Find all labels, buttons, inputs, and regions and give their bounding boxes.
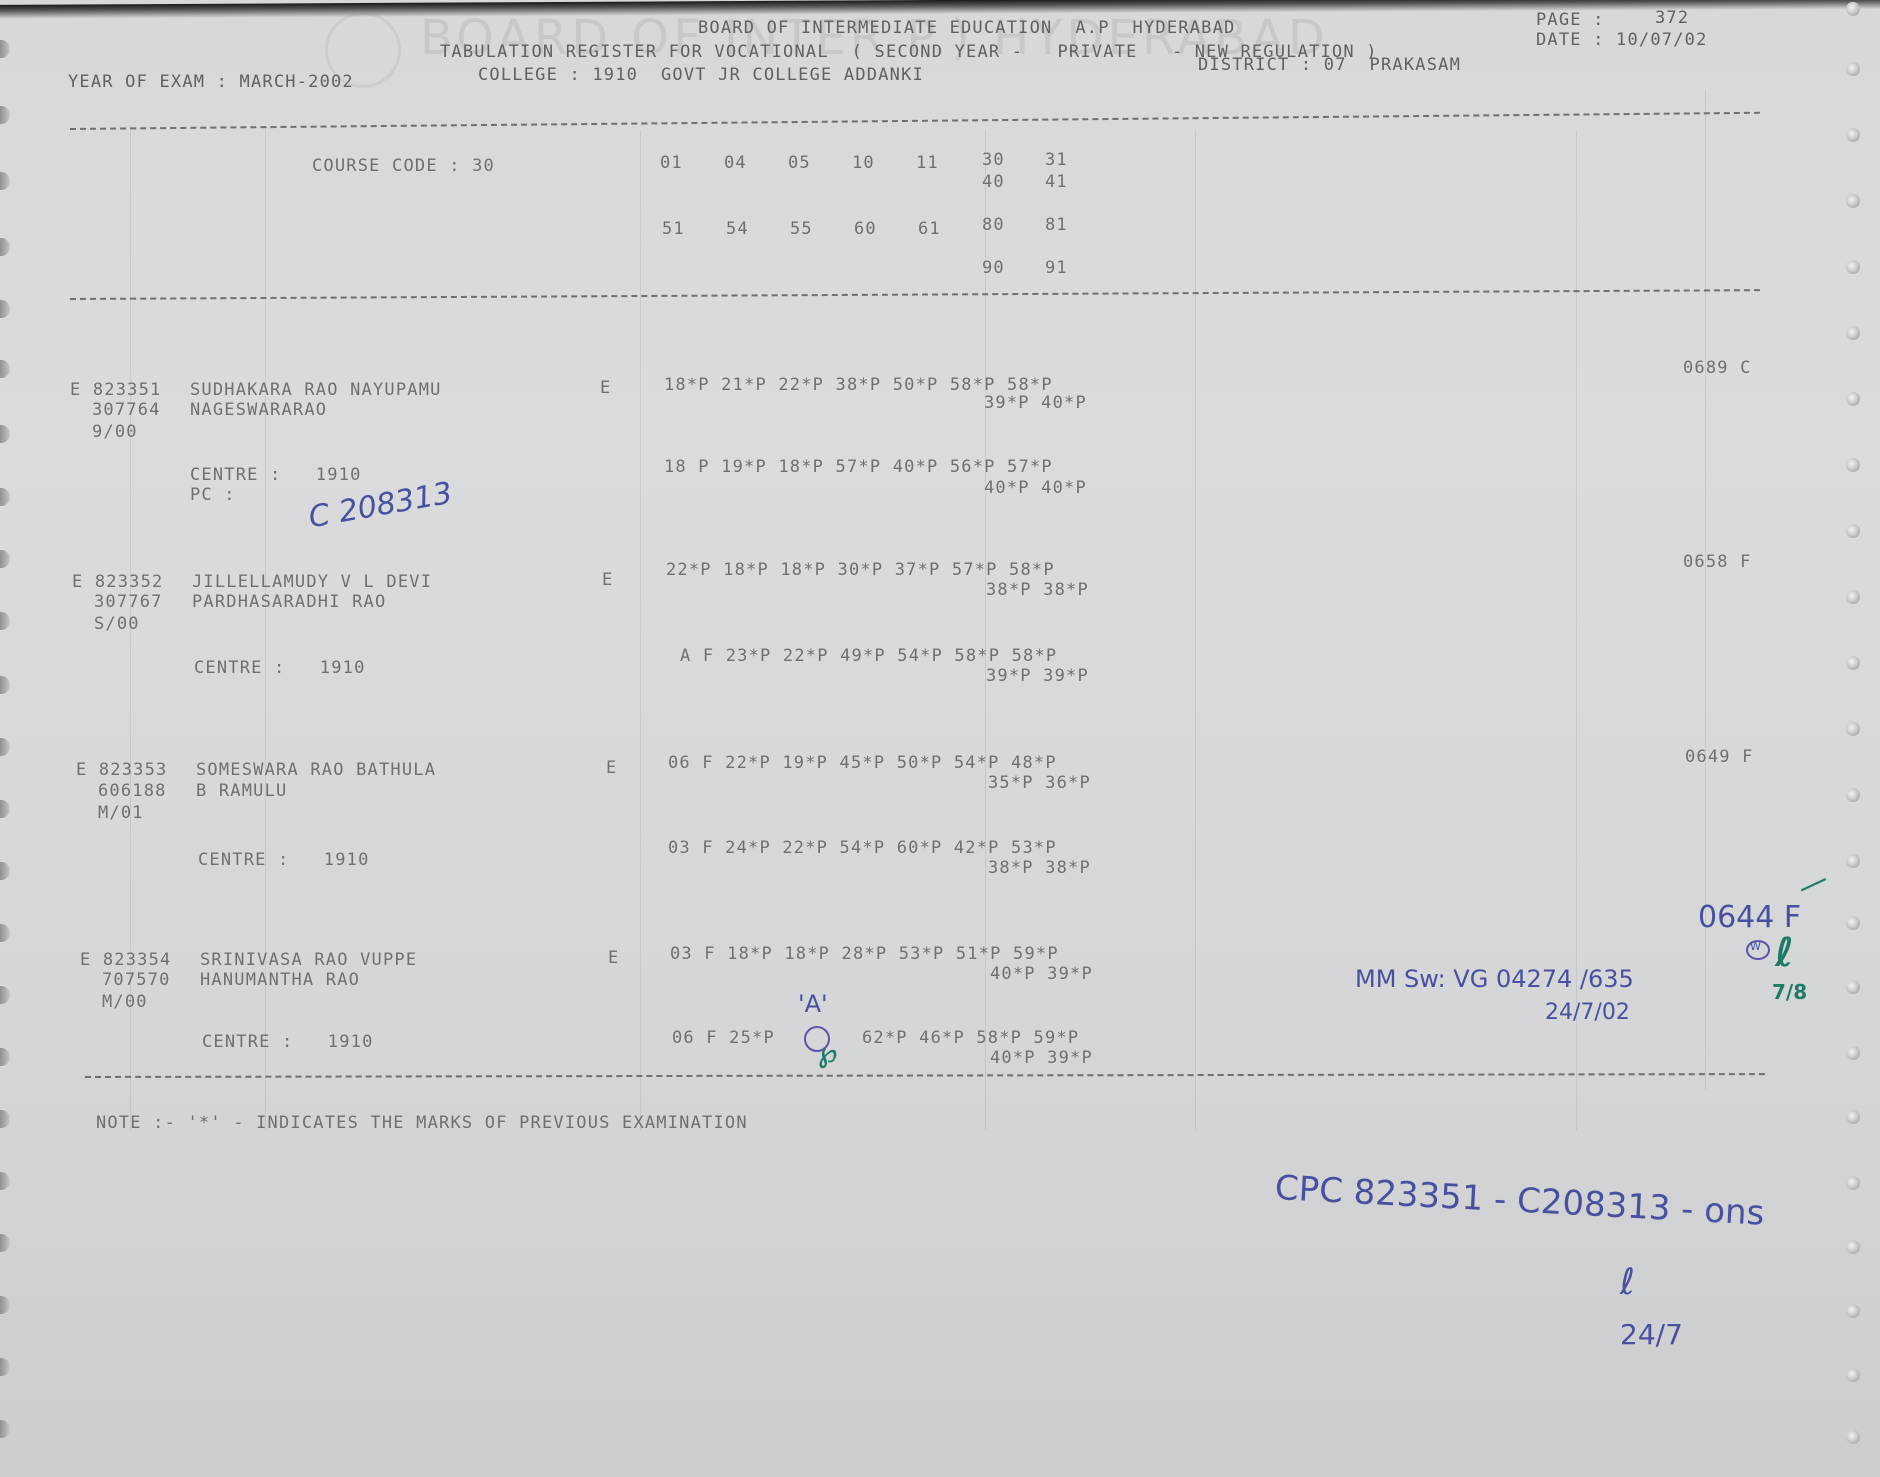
exam-month: S/00 — [94, 614, 140, 634]
marks-first-year-extra: 40*P 39*P — [990, 964, 1093, 984]
marks-second-year: 18 P 19*P 18*P 57*P 40*P 56*P 57*P — [664, 457, 1053, 477]
total-result: 0649 F — [1685, 747, 1754, 767]
marks-second-year: A F 23*P 22*P 49*P 54*P 58*P 58*P — [680, 646, 1057, 666]
records-divider — [85, 1073, 1765, 1078]
print-date: DATE : 10/07/02 — [1536, 30, 1708, 50]
course-divider — [70, 289, 1760, 300]
centre: CENTRE : 1910 — [202, 1032, 374, 1052]
page-number: 372 — [1655, 8, 1689, 28]
green-initial-mark: ℘ — [818, 1036, 838, 1069]
centre: CENTRE : 1910 — [198, 850, 370, 870]
marks-second-year-extra: 40*P 40*P — [984, 478, 1087, 498]
centre: CENTRE : 1910 — [194, 658, 366, 678]
handwritten-memo-number: MM Sw: VG 04274 /635 — [1355, 965, 1634, 993]
candidate-id: 707570 — [102, 970, 171, 990]
column-rule — [1195, 130, 1196, 1130]
marks-first-year: 03 F 18*P 18*P 28*P 53*P 51*P 59*P — [670, 944, 1059, 964]
marks-first-year-extra: 38*P 38*P — [986, 580, 1089, 600]
exam-year: YEAR OF EXAM : MARCH-2002 — [68, 72, 354, 92]
father-name: NAGESWARARAO — [190, 400, 327, 420]
handwritten-cpc-note: CPC 823351 - C208313 - ons — [1274, 1168, 1765, 1234]
column-rule — [985, 130, 986, 1130]
marks-second-year: 03 F 24*P 22*P 54*P 60*P 42*P 53*P — [668, 838, 1057, 858]
header-divider — [70, 112, 1760, 130]
candidate-name: SUDHAKARA RAO NAYUPAMU — [190, 380, 442, 400]
marks-second-year-extra: 39*P 39*P — [986, 666, 1089, 686]
centre: CENTRE : 1910 — [190, 465, 362, 485]
tabulation-register-sheet: BOARD OF INTER P.) HYDERABAD YEAR OF EXA… — [0, 0, 1880, 1477]
course-code: COURSE CODE : 30 — [312, 156, 495, 176]
marks-first-year: 18*P 21*P 22*P 38*P 50*P 58*P 58*P — [664, 375, 1053, 395]
total-result: 0658 F — [1683, 552, 1752, 572]
father-name: B RAMULU — [196, 781, 287, 801]
marks-first-year: 06 F 22*P 19*P 45*P 50*P 54*P 48*P — [668, 753, 1057, 773]
handwritten-memo-date: 24/7/02 — [1545, 1000, 1630, 1025]
exam-month: M/01 — [98, 803, 144, 823]
father-name: HANUMANTHA RAO — [200, 970, 360, 990]
medium: E — [600, 378, 611, 398]
father-name: PARDHASARADHI RAO — [192, 592, 386, 612]
handwritten-signature-date: 24/7 — [1620, 1318, 1683, 1351]
district-line: DISTRICT : 07 PRAKASAM — [1198, 55, 1461, 75]
registration-number: E 823351 — [70, 380, 161, 400]
marks-second-year-start: 06 F 25*P — [672, 1028, 775, 1048]
exam-month: 9/00 — [92, 422, 138, 442]
board-title: BOARD OF INTERMEDIATE EDUCATION A.P HYDE… — [698, 18, 1235, 38]
medium: E — [602, 570, 613, 590]
college-line: COLLEGE : 1910 GOVT JR COLLEGE ADDANKI — [478, 65, 924, 85]
marks-first-year-extra: 35*P 36*P — [988, 773, 1091, 793]
exam-month: M/00 — [102, 992, 148, 1012]
marks-first-year: 22*P 18*P 18*P 30*P 37*P 57*P 58*P — [666, 560, 1055, 580]
column-rule — [1705, 90, 1706, 1090]
column-rule — [640, 130, 641, 1130]
candidate-id: 307767 — [94, 592, 163, 612]
circled-initial-letter: W — [1750, 940, 1761, 953]
medium: E — [606, 758, 617, 778]
candidate-id: 606188 — [98, 781, 167, 801]
candidate-id: 307764 — [92, 400, 161, 420]
registration-number: E 823352 — [72, 572, 163, 592]
handwritten-signature: ℓ — [1620, 1262, 1635, 1303]
pc-label: PC : — [190, 485, 236, 505]
registration-number: E 823354 — [80, 950, 171, 970]
marks-second-year-extra: 38*P 38*P — [988, 858, 1091, 878]
medium: E — [608, 948, 619, 968]
registration-number: E 823353 — [76, 760, 167, 780]
candidate-name: JILLELLAMUDY V L DEVI — [192, 572, 432, 592]
handwritten-annotation-a: 'A' — [798, 990, 828, 1018]
candidate-name: SOMESWARA RAO BATHULA — [196, 760, 436, 780]
page-label: PAGE : — [1536, 10, 1605, 30]
footer-note: NOTE :- '*' - INDICATES THE MARKS OF PRE… — [96, 1113, 748, 1133]
total-result: 0689 C — [1683, 358, 1752, 378]
marks-first-year-extra: 39*P 40*P — [984, 393, 1087, 413]
green-signature: ℓ — [1775, 930, 1794, 976]
green-signature-date: 7/8 — [1772, 980, 1807, 1004]
marks-second-year-end: 62*P 46*P 58*P 59*P — [862, 1028, 1079, 1048]
candidate-name: SRINIVASA RAO VUPPE — [200, 950, 417, 970]
marks-second-year-extra: 40*P 39*P — [990, 1048, 1093, 1068]
